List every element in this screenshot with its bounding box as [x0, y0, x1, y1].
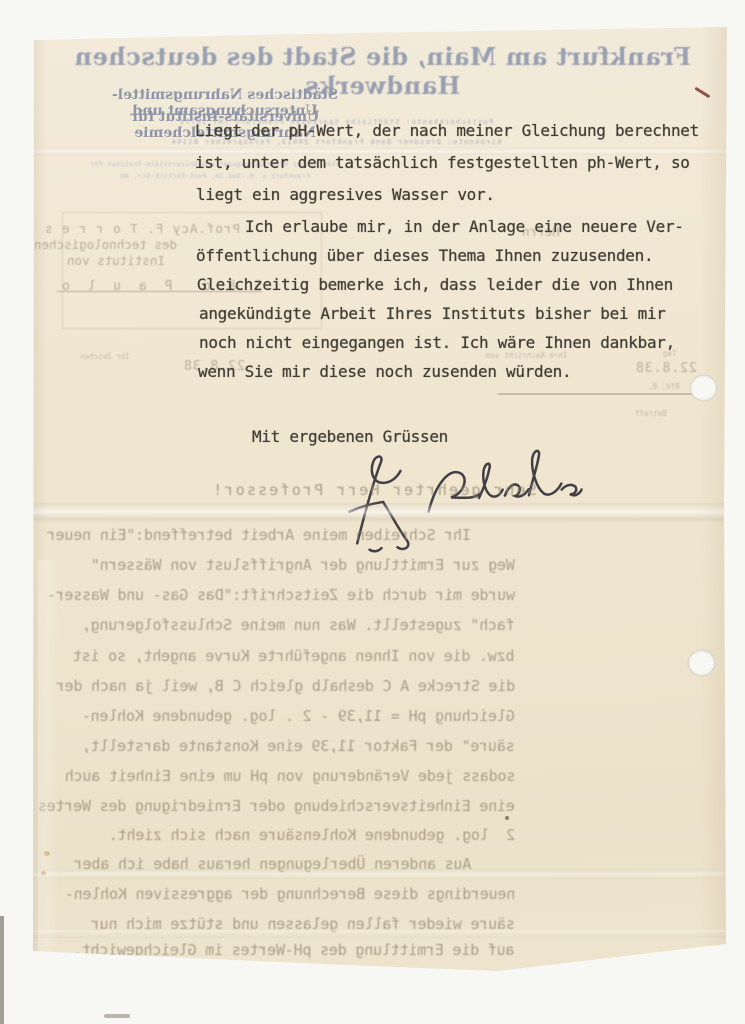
- typed-line: noch nicht eingegangen ist. Ich wäre Ihn…: [199, 333, 675, 352]
- bleed-label-nachricht: Ihre Nachricht vom: [486, 351, 567, 360]
- bleed-label-betreff: Betreff: [635, 409, 667, 418]
- bleed-line: Weg zur Ermittlung der Angriffslust von …: [91, 556, 515, 574]
- typed-line: wenn Sie mir diese noch zusenden würden.: [198, 362, 571, 381]
- typed-line: liegt ein aggresives Wasser vor.: [196, 185, 495, 204]
- punch-hole-bottom: [688, 650, 715, 676]
- punch-hole-top: [690, 375, 717, 401]
- letterhead-small-line4: Frankfurt a. M.-Süd 10, Paul-Ehrlich-Str…: [90, 172, 340, 180]
- bleed-line: neuerdings diese Berechnung der aggressi…: [65, 885, 515, 903]
- scanned-letter: Frankfurt am Main, die Stadt des deutsch…: [0, 0, 745, 1024]
- typed-line: Ich erlaube mir, in der Anlage eine neue…: [245, 217, 684, 236]
- foxing-spot: [44, 851, 50, 856]
- bleed-line: 2 log. gebundene Kohlensäure nach sich z…: [109, 826, 515, 844]
- scanner-edge-strip: [0, 916, 4, 1024]
- foxing-spot: [41, 871, 46, 875]
- foxing-spot: [250, 110, 254, 114]
- paper-edge-shading: [700, 27, 727, 947]
- paper-crease-vertical: [38, 560, 60, 960]
- bleed-line: bzw. die von Ihnen angeführte Kurve ange…: [73, 647, 515, 665]
- bleed-date-underline: [498, 393, 698, 395]
- bleed-recipient-line2: des technologischen: [34, 237, 177, 252]
- bleed-label-bfd: Bfd. B.: [648, 382, 680, 391]
- letter-paper: Frankfurt am Main, die Stadt des deutsch…: [0, 0, 745, 1024]
- bleed-line: sodass jede Veränderung von pH um eine E…: [65, 767, 515, 785]
- bleed-line: wurde mir durch die Zeitschrift:"Das Gas…: [47, 586, 515, 604]
- bleed-line: die Strecke A C deshalb gleich C B, weil…: [56, 677, 515, 695]
- bleed-line: Aus anderen Überlegungen heraus habe ich…: [74, 855, 515, 873]
- typed-line: angekündigte Arbeit Ihres Instituts bish…: [199, 304, 666, 323]
- bleed-line: auf die Ermittlung des pH-Wertes im Glei…: [73, 941, 515, 959]
- typed-closing: Mit ergebenen Grüssen: [252, 427, 448, 446]
- paper-edge-shading: [33, 40, 47, 952]
- bleed-greeting: Sehr geehrter Herr Professor!: [211, 481, 537, 499]
- bleed-date-right: 22.8.38: [635, 361, 697, 376]
- dark-speck: [505, 816, 509, 820]
- typed-line: Liegt der pH-Wert, der nach meiner Gleic…: [195, 121, 699, 140]
- bleed-line: eine Einheitsverschiebung oder Erniedrig…: [38, 797, 515, 815]
- bleed-line: säure" der Faktor 11,39 eine Konstante d…: [82, 737, 515, 755]
- bleed-recipient-name: Prof.Acy F. T o r r e s: [44, 221, 240, 236]
- scanner-smudge: [104, 1014, 130, 1018]
- bleed-label-ihr-zeichen: Ihr Zeichen: [80, 352, 130, 361]
- bleed-line: säure wieder fallen gelassen und stütze …: [91, 915, 515, 933]
- typed-line: Gleichzeitig bemerke ich, dass leider di…: [197, 275, 673, 294]
- typed-line: öffentlichung über dieses Thema Ihnen zu…: [196, 246, 653, 265]
- bleed-line: Ihr Schreiben meine Arbeit betreffend:"E…: [47, 526, 515, 544]
- bleed-line: fach" zugestellt. Was nun meine Schlussf…: [82, 616, 515, 634]
- bleed-line: Gleichung pH = 11,39 - 2 . log. gebunden…: [82, 707, 515, 725]
- typed-line: ist, unter dem tatsächlich festgestellte…: [195, 153, 690, 172]
- bleed-recipient-line3: Instituts von: [67, 253, 165, 268]
